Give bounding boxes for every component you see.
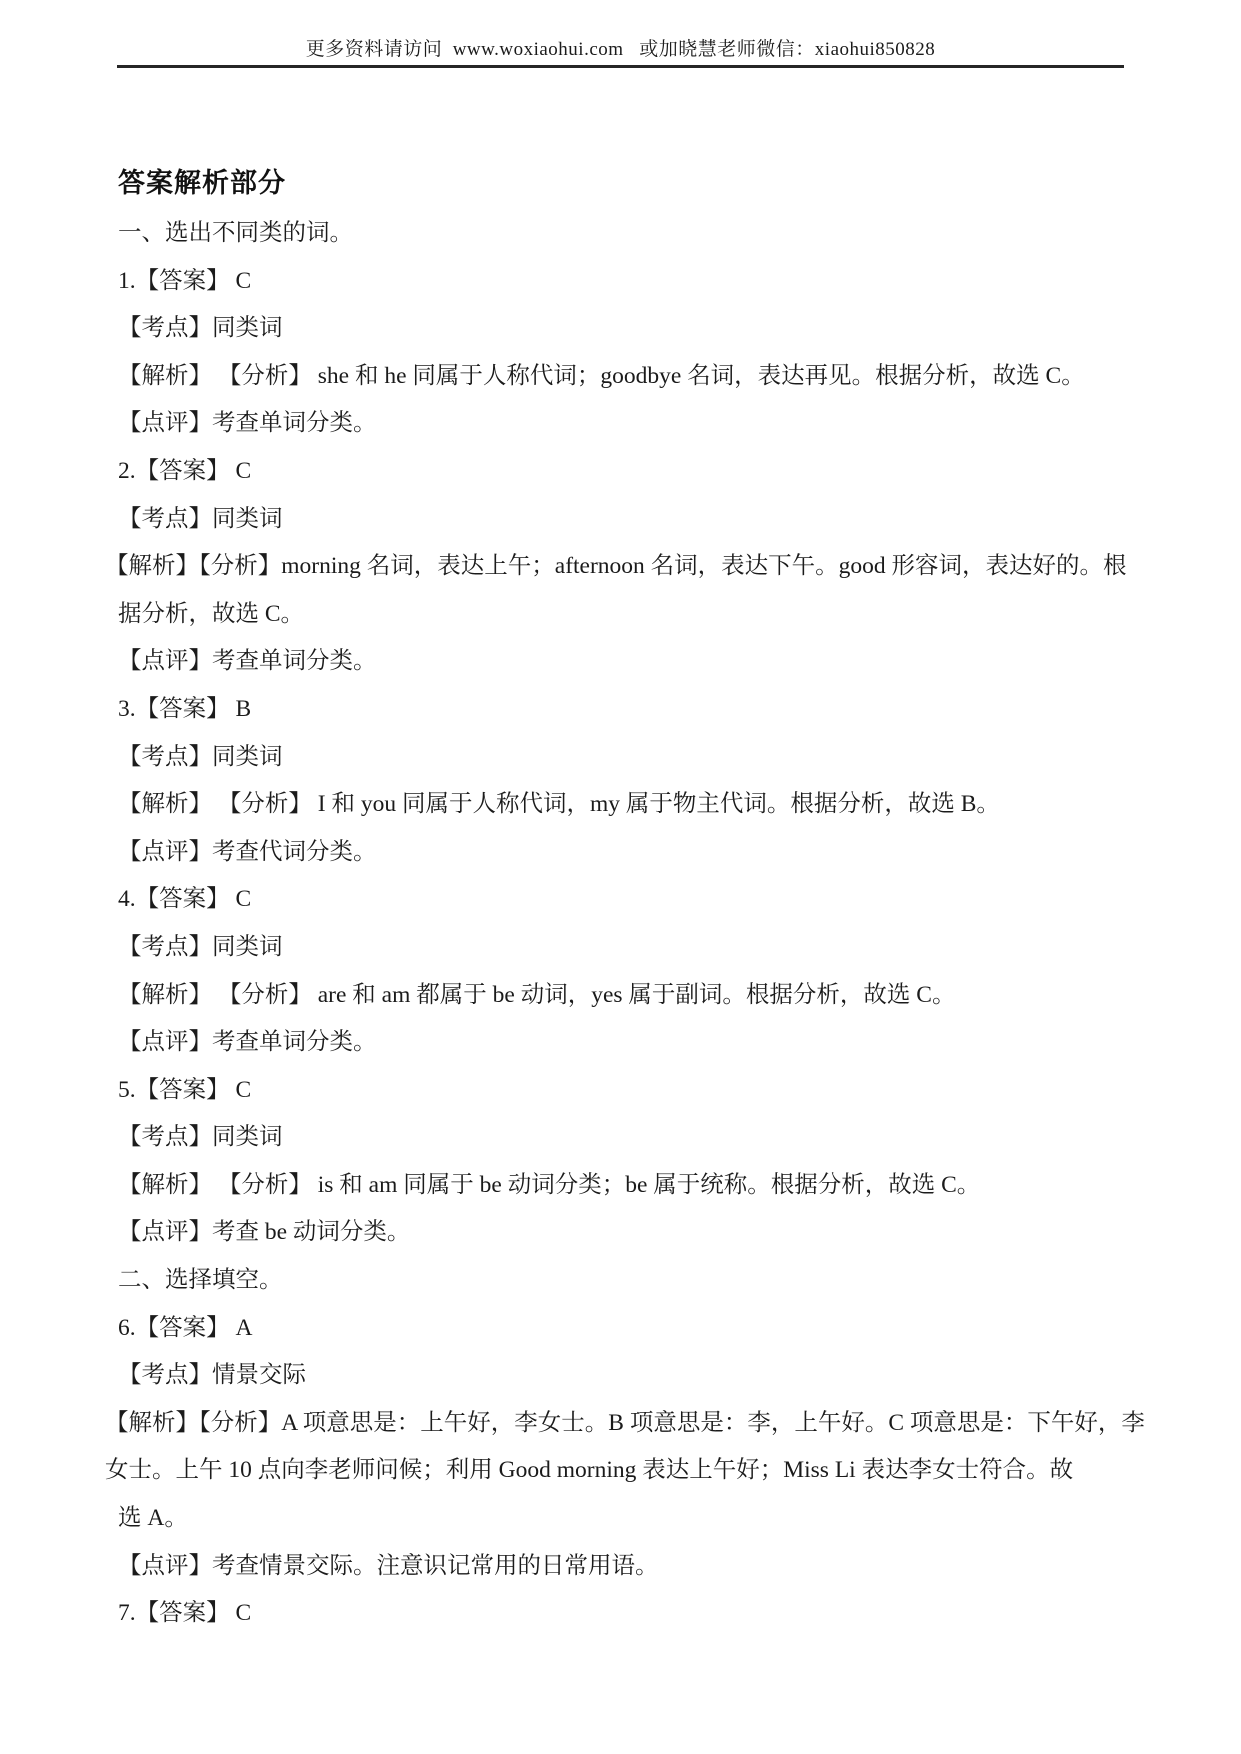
q6-comment: 【点评】考查情景交际。注意识记常用的日常用语。 [105, 1543, 1125, 1591]
q6-answer: 6.【答案】 A [105, 1305, 1125, 1353]
q4-analysis: 【解析】 【分析】 are 和 am 都属于 be 动词，yes 属于副词。根据… [105, 972, 1125, 1020]
q2-analysis-line2: 据分析，故选 C。 [105, 591, 1125, 639]
q5-answer: 5.【答案】 C [105, 1067, 1125, 1115]
q4-topic: 【考点】同类词 [105, 924, 1125, 972]
q6-analysis-line2: 女士。上午 10 点向李老师问候；利用 Good morning 表达上午好；M… [105, 1447, 1125, 1495]
q1-analysis: 【解析】 【分析】 she 和 he 同属于人称代词；goodbye 名词，表达… [105, 353, 1125, 401]
q5-topic: 【考点】同类词 [105, 1114, 1125, 1162]
q5-analysis: 【解析】 【分析】 is 和 am 同属于 be 动词分类；be 属于统称。根据… [105, 1162, 1125, 1210]
q1-topic: 【考点】同类词 [105, 305, 1125, 353]
q2-topic: 【考点】同类词 [105, 496, 1125, 544]
q1-answer: 1.【答案】 C [105, 258, 1125, 306]
q6-topic: 【考点】情景交际 [105, 1352, 1125, 1400]
document-page: 更多资料请访问 www.woxiaohui.com 或加晓慧老师微信：xiaoh… [0, 0, 1241, 1754]
q6-analysis-line3: 选 A。 [105, 1495, 1125, 1543]
q3-analysis: 【解析】 【分析】 I 和 you 同属于人称代词，my 属于物主代词。根据分析… [105, 781, 1125, 829]
q4-answer: 4.【答案】 C [105, 876, 1125, 924]
q2-answer: 2.【答案】 C [105, 448, 1125, 496]
q3-answer: 3.【答案】 B [105, 686, 1125, 734]
section-2-heading: 二、选择填空。 [105, 1257, 1125, 1305]
page-title: 答案解析部分 [118, 161, 286, 200]
section-1-heading: 一、选出不同类的词。 [105, 210, 1125, 258]
q5-comment: 【点评】考查 be 动词分类。 [105, 1209, 1125, 1257]
q1-comment: 【点评】考查单词分类。 [105, 400, 1125, 448]
q7-answer: 7.【答案】 C [105, 1590, 1125, 1638]
answer-key-content: 一、选出不同类的词。 1.【答案】 C 【考点】同类词 【解析】 【分析】 sh… [105, 210, 1125, 1638]
q3-comment: 【点评】考查代词分类。 [105, 829, 1125, 877]
q2-comment: 【点评】考查单词分类。 [105, 638, 1125, 686]
q6-analysis-line1: 【解析】【分析】A 项意思是：上午好，李女士。B 项意思是：李，上午好。C 项意… [105, 1400, 1125, 1448]
q3-topic: 【考点】同类词 [105, 734, 1125, 782]
header-divider [117, 65, 1124, 68]
q2-analysis-line1: 【解析】【分析】morning 名词，表达上午；afternoon 名词，表达下… [105, 543, 1125, 591]
page-header-text: 更多资料请访问 www.woxiaohui.com 或加晓慧老师微信：xiaoh… [0, 34, 1241, 61]
q4-comment: 【点评】考查单词分类。 [105, 1019, 1125, 1067]
